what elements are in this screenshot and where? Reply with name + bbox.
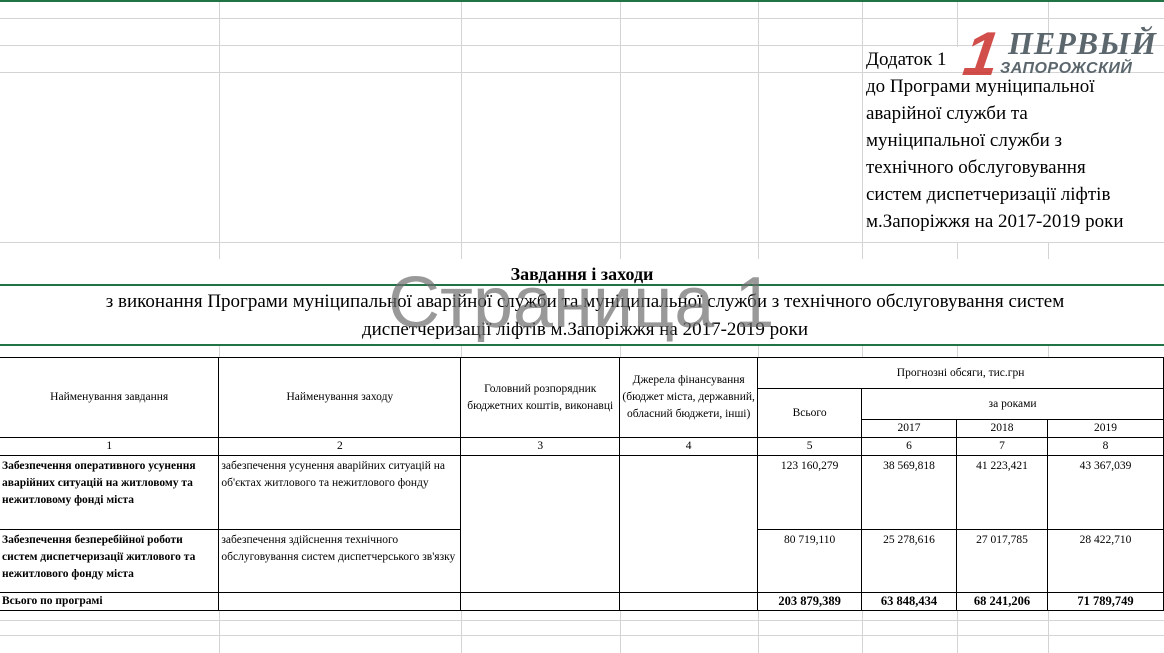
col-num-6[interactable]: 6 bbox=[862, 438, 957, 456]
funding-cell[interactable] bbox=[620, 456, 758, 593]
col-num-5[interactable]: 5 bbox=[758, 438, 862, 456]
annex-note: Додаток 1 до Програми муніципальної авар… bbox=[866, 46, 1124, 235]
task-name-cell[interactable]: Забезпечення оперативного усунення аварі… bbox=[0, 456, 219, 530]
grand-total-funding-cell[interactable] bbox=[620, 593, 758, 611]
total-cell[interactable]: 80 719,110 bbox=[758, 530, 862, 593]
year-2019-cell[interactable]: 28 422,710 bbox=[1047, 530, 1163, 593]
grand-total-2019[interactable]: 71 789,749 bbox=[1047, 593, 1163, 611]
col-num-2[interactable]: 2 bbox=[219, 438, 461, 456]
document-subtitle: з виконання Програми муніципальної аварі… bbox=[40, 288, 1130, 344]
grand-total-2018[interactable]: 68 241,206 bbox=[957, 593, 1048, 611]
header-manager[interactable]: Головний розпорядник бюджетних коштів, в… bbox=[461, 358, 620, 438]
table-row: Забезпечення оперативного усунення аварі… bbox=[0, 456, 1164, 530]
col-num-7[interactable]: 7 bbox=[957, 438, 1048, 456]
measure-name-cell[interactable]: забезпечення усунення аварійних ситуацій… bbox=[219, 456, 461, 530]
header-by-years[interactable]: за роками bbox=[862, 389, 1164, 420]
grand-total-manager-cell[interactable] bbox=[461, 593, 620, 611]
year-2018-cell[interactable]: 27 017,785 bbox=[957, 530, 1048, 593]
header-year-2017[interactable]: 2017 bbox=[862, 420, 957, 438]
col-num-1[interactable]: 1 bbox=[0, 438, 219, 456]
year-2017-cell[interactable]: 25 278,616 bbox=[862, 530, 957, 593]
tasks-table: Найменування завдання Найменування заход… bbox=[0, 357, 1164, 611]
subtitle-cell[interactable]: з виконання Програми муніципальної аварі… bbox=[0, 284, 1164, 346]
grand-total-sum[interactable]: 203 879,389 bbox=[758, 593, 862, 611]
document-title: Завдання і заходи bbox=[0, 259, 1164, 285]
header-total[interactable]: Всього bbox=[758, 389, 862, 438]
grand-total-label[interactable]: Всього по програмі bbox=[0, 593, 219, 611]
grand-total-2017[interactable]: 63 848,434 bbox=[862, 593, 957, 611]
year-2018-cell[interactable]: 41 223,421 bbox=[957, 456, 1048, 530]
grand-total-row: Всього по програмі 203 879,389 63 848,43… bbox=[0, 593, 1164, 611]
measure-name-cell[interactable]: забезпечення здійснення технічного обслу… bbox=[219, 530, 461, 593]
total-cell[interactable]: 123 160,279 bbox=[758, 456, 862, 530]
header-funding[interactable]: Джерела фінансування (бюджет міста, держ… bbox=[620, 358, 758, 438]
year-2017-cell[interactable]: 38 569,818 bbox=[862, 456, 957, 530]
task-name-cell[interactable]: Забезпечення безперебійної роботи систем… bbox=[0, 530, 219, 593]
header-measure-name[interactable]: Найменування заходу bbox=[219, 358, 461, 438]
col-num-4[interactable]: 4 bbox=[620, 438, 758, 456]
manager-cell[interactable] bbox=[461, 456, 620, 593]
year-2019-cell[interactable]: 43 367,039 bbox=[1047, 456, 1163, 530]
header-task-name[interactable]: Найменування завдання bbox=[0, 358, 219, 438]
header-year-2018[interactable]: 2018 bbox=[957, 420, 1048, 438]
grand-total-measure-cell[interactable] bbox=[219, 593, 461, 611]
header-forecast[interactable]: Прогнозні обсяги, тис.грн bbox=[758, 358, 1164, 389]
col-num-8[interactable]: 8 bbox=[1047, 438, 1163, 456]
col-num-3[interactable]: 3 bbox=[461, 438, 620, 456]
header-year-2019[interactable]: 2019 bbox=[1047, 420, 1163, 438]
column-number-row: 1 2 3 4 5 6 7 8 bbox=[0, 438, 1164, 456]
